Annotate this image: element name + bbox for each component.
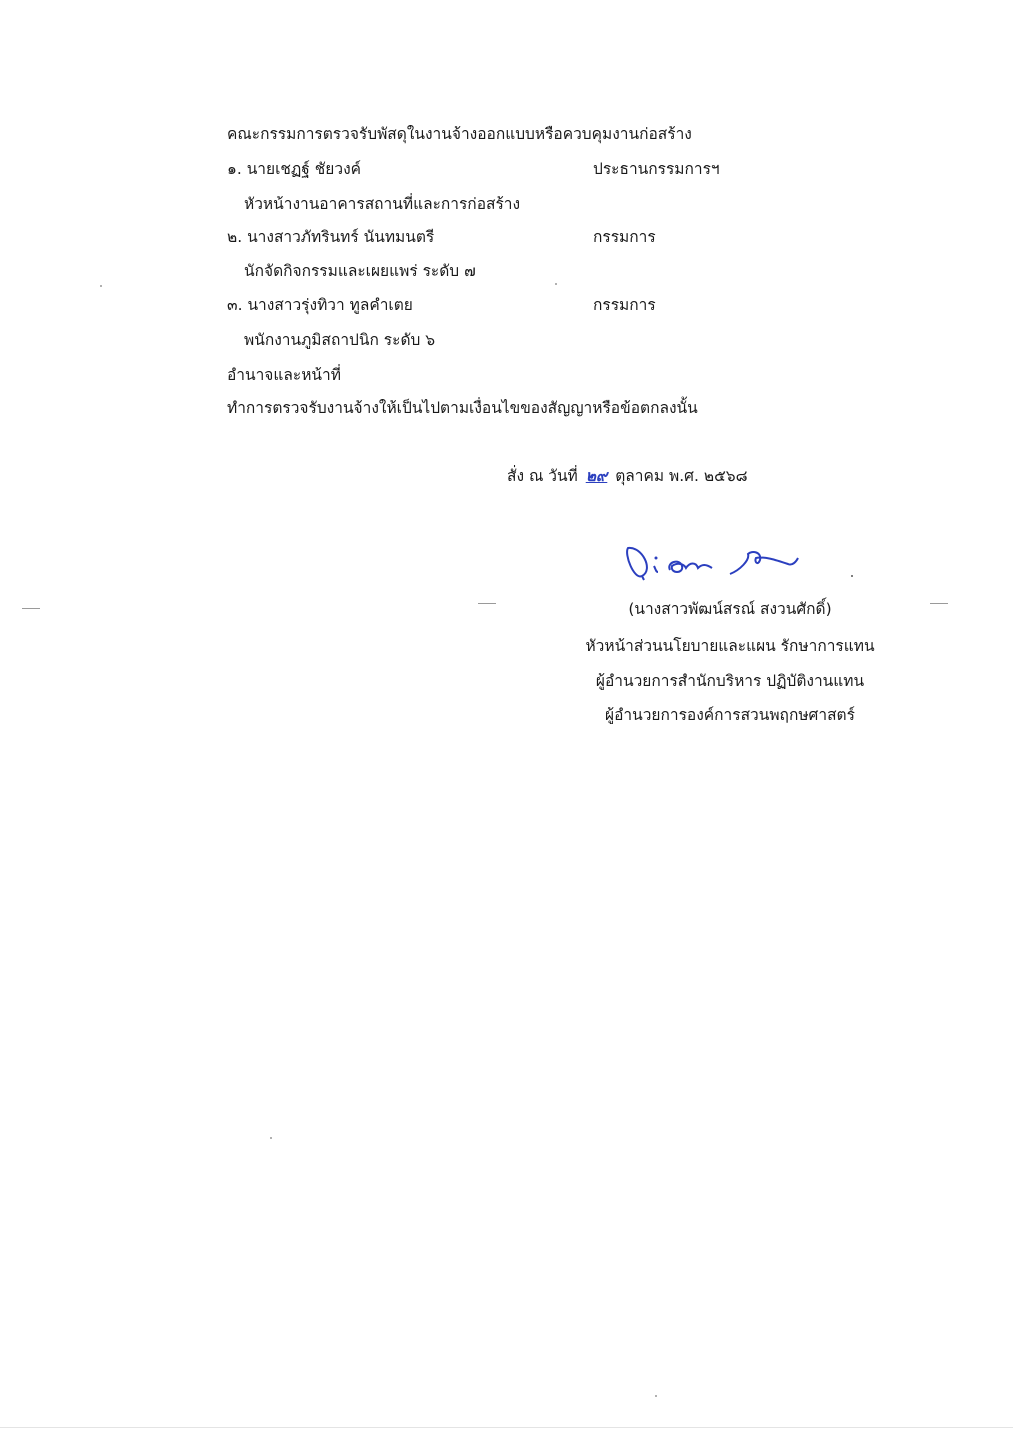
signatory-name: (นางสาวพัฒน์สรณ์ สงวนศักดิ์)	[560, 602, 900, 618]
member-2-position: นักจัดกิจกรรมและเผยแพร่ ระดับ ๗	[244, 264, 476, 280]
member-1-position: หัวหน้างานอาคารสถานที่และการก่อสร้าง	[244, 197, 520, 213]
member-3-role: กรรมการ	[593, 298, 656, 314]
member-3-name: ๓. นางสาวรุ่งทิวา ทูลคำเตย	[227, 298, 413, 314]
member-1-name: ๑. นายเชฏฐ์ ชัยวงค์	[227, 162, 361, 178]
scan-dot	[100, 285, 102, 287]
committee-title: คณะกรรมการตรวจรับพัสดุในงานจ้างออกแบบหรื…	[227, 127, 692, 143]
scan-mark	[930, 603, 948, 604]
handwritten-day: ๒๙	[583, 469, 611, 485]
signatory-title-1: หัวหน้าส่วนนโยบายและแผน รักษาการแทน	[560, 639, 900, 655]
member-1-role: ประธานกรรมการฯ	[593, 162, 720, 178]
signatory-title-2: ผู้อำนวยการสำนักบริหาร ปฏิบัติงานแทน	[560, 674, 900, 690]
member-2-name: ๒. นางสาวภัทรินทร์ นันทมนตรี	[227, 230, 434, 246]
page-edge-line	[0, 1427, 1013, 1428]
member-3-position: พนักงานภูมิสถาปนิก ระดับ ๖	[244, 333, 435, 349]
order-date-prefix: สั่ง ณ วันที่	[507, 467, 578, 485]
scan-dot	[555, 283, 557, 285]
signature-icon	[620, 540, 865, 590]
member-2-role: กรรมการ	[593, 230, 656, 246]
signatory-title-3: ผู้อำนวยการองค์การสวนพฤกษศาสตร์	[560, 708, 900, 724]
scan-mark	[478, 603, 496, 604]
duties-heading: อำนาจและหน้าที่	[227, 368, 341, 384]
order-date: สั่ง ณ วันที่ ๒๙ ตุลาคม พ.ศ. ๒๕๖๘	[507, 469, 748, 485]
duties-text: ทำการตรวจรับงานจ้างให้เป็นไปตามเงื่อนไขข…	[227, 401, 698, 417]
scan-mark	[22, 608, 40, 609]
order-date-month-year: ตุลาคม พ.ศ. ๒๕๖๘	[615, 467, 747, 485]
scan-dot	[270, 1137, 272, 1139]
scan-dot	[655, 1395, 657, 1397]
